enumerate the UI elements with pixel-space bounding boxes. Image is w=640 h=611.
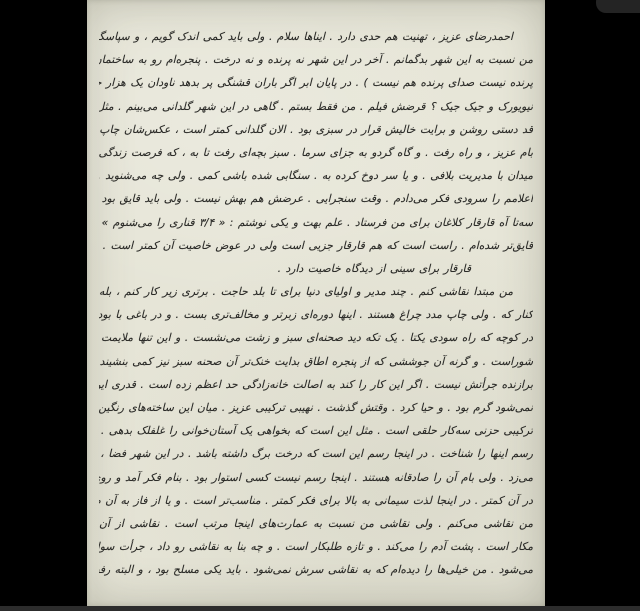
handwritten-line: نیویورک و جیک جیک ؟ قرضش فیلم . من فقط ب… (99, 95, 533, 118)
handwritten-line: ترکیبی حزنی سه‌کار حلقی است . مثل این اس… (99, 419, 533, 442)
handwritten-line: می‌شود . من خیلی‌ها را دیده‌ام که به نقا… (99, 558, 533, 581)
handwritten-letter: احمدرضای عزیز ، تهنیت هم حدی دارد . اینا… (99, 25, 533, 605)
photo-background: احمدرضای عزیز ، تهنیت هم حدی دارد . اینا… (0, 0, 640, 611)
handwritten-line-paragraph-end: قارقار برای سینی از دیدگاه خاصیت دارد . (99, 257, 533, 280)
handwritten-line: احمدرضای عزیز ، تهنیت هم حدی دارد . اینا… (99, 25, 533, 48)
handwritten-line: در آن کمتر . در اینجا لذت سیمانی به بالا… (99, 489, 533, 512)
handwritten-line: قایق‌تر شده‌ام . راست است که هم قارقار ج… (99, 234, 533, 257)
handwritten-line: نمی‌شود گرم بود . و حیا کرد . وقتش گذشت … (99, 396, 533, 419)
handwritten-line (99, 582, 533, 605)
handwritten-line: در کوچه که راه سودی یکتا . یک تکه دید صح… (99, 326, 533, 349)
handwritten-line: اعلامم را سرودی فکر می‌دادم . وقت سنجرای… (99, 187, 533, 210)
dark-corner-notch (596, 0, 640, 13)
handwritten-line: شوراست . و گرنه آن جوششی که از پنجره اطا… (99, 350, 533, 373)
handwritten-line: رسم اینها را شناخت . در اینجا رسم این اس… (99, 442, 533, 465)
handwritten-line: مکار است . پشت آدم را می‌کند . و تازه طل… (99, 535, 533, 558)
handwritten-line: من نقاشی می‌کنم . ولی نقاشی من نسبت به ع… (99, 512, 533, 535)
handwritten-line: میدان با مدیریت بلافی . و یا سر دوخ کرده… (99, 164, 533, 187)
handwritten-line-paragraph-start: من مبتدا نقاشی کنم . چند مدیر و اولیای د… (99, 280, 533, 303)
handwritten-line: کنار که . ولی چاپ مدد چراغ هستند . اینها… (99, 303, 533, 326)
handwritten-line: برازنده جرأتش نیست . اگر این کار را کند … (99, 373, 533, 396)
bottom-bar (0, 606, 640, 611)
handwritten-line: بام عزیز ، و راه رفت . و گاه گردو به جزا… (99, 141, 533, 164)
handwritten-line: سه‌تا آه قارقار کلاغان برای من فرستاد . … (99, 211, 533, 234)
letter-paper: احمدرضای عزیز ، تهنیت هم حدی دارد . اینا… (87, 0, 545, 606)
handwritten-line: می‌زد . ولی بام آن را صادقانه هستند . ای… (99, 466, 533, 489)
handwritten-line: قد دستی روشن و برایت خالیش قرار در سبزی … (99, 118, 533, 141)
handwritten-line: من نسبت به این شهر بدگمانم . آخر در این … (99, 48, 533, 71)
handwritten-line: پرنده نیست صدای پرنده هم نیست ) . در پای… (99, 71, 533, 94)
